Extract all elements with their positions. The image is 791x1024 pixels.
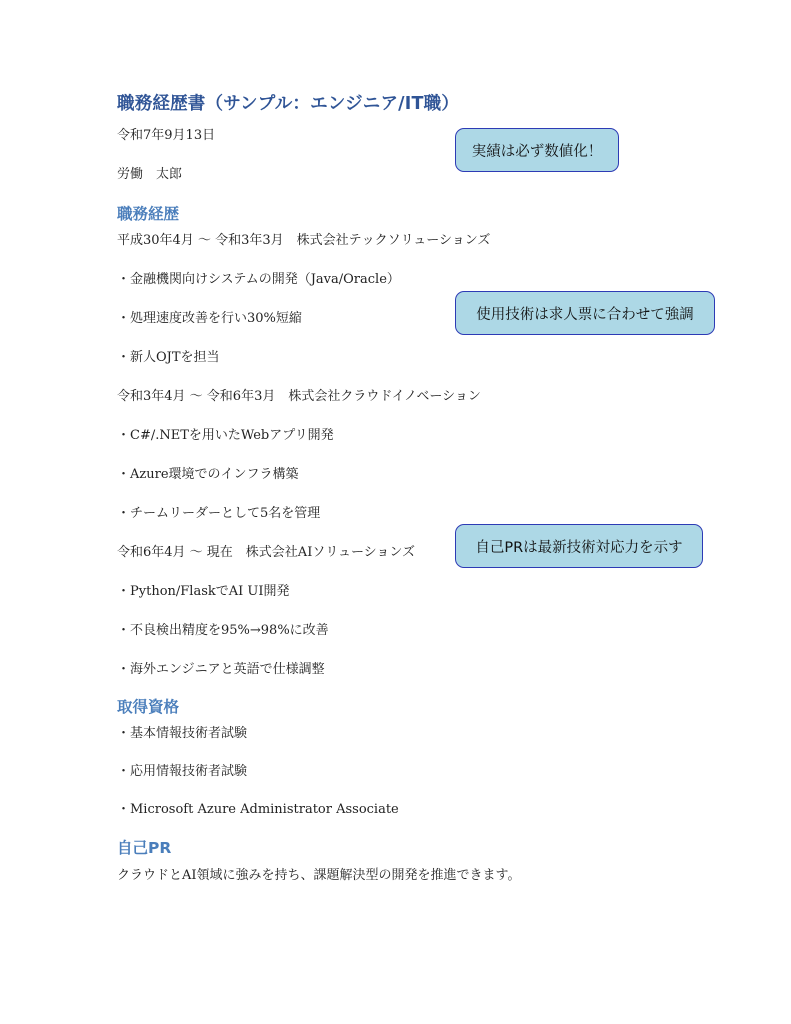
job-1-item-2: ・処理速度改善を行い30%短縮: [117, 307, 302, 326]
job-2-item-1: ・C#/.NETを用いたWebアプリ開発: [117, 424, 334, 443]
job-3-item-3: ・海外エンジニアと英語で仕様調整: [117, 658, 325, 677]
pr-text: クラウドとAI領域に強みを持ち、課題解決型の開発を推進できます。: [117, 864, 520, 883]
job-period-1: 平成30年4月 〜 令和3年3月 株式会社テックソリューションズ: [117, 229, 490, 248]
document-date: 令和7年9月13日: [117, 124, 215, 143]
callout-self-pr: 自己PRは最新技術対応力を示す: [455, 524, 703, 568]
job-period-2: 令和3年4月 〜 令和6年3月 株式会社クラウドイノベーション: [117, 385, 481, 404]
qualification-item-1: ・基本情報技術者試験: [117, 722, 247, 741]
career-heading: 職務経歴: [117, 202, 179, 224]
job-3-item-1: ・Python/FlaskでAI UI開発: [117, 580, 290, 599]
job-2-item-2: ・Azure環境でのインフラ構築: [117, 463, 299, 482]
resume-page: 職務経歴書（サンプル：エンジニア/IT職） 令和7年9月13日 労働 太郎 職務…: [0, 0, 791, 1024]
callout-text: 実績は必ず数値化！: [472, 140, 603, 161]
pr-heading: 自己PR: [117, 836, 171, 858]
job-period-3: 令和6年4月 〜 現在 株式会社AIソリューションズ: [117, 541, 415, 560]
job-1-item-3: ・新人OJTを担当: [117, 346, 220, 365]
document-title: 職務経歴書（サンプル：エンジニア/IT職）: [117, 90, 459, 115]
job-1-item-1: ・金融機関向けシステムの開発（Java/Oracle）: [117, 268, 400, 287]
callout-quantify-results: 実績は必ず数値化！: [455, 128, 619, 172]
job-2-item-3: ・チームリーダーとして5名を管理: [117, 502, 320, 521]
callout-text: 自己PRは最新技術対応力を示す: [475, 536, 682, 557]
callout-emphasize-tech: 使用技術は求人票に合わせて強調: [455, 291, 715, 335]
qualification-item-3: ・Microsoft Azure Administrator Associate: [117, 798, 399, 817]
callout-text: 使用技術は求人票に合わせて強調: [476, 303, 694, 324]
job-3-item-2: ・不良検出精度を95%→98%に改善: [117, 619, 329, 638]
applicant-name: 労働 太郎: [117, 163, 182, 182]
qualifications-heading: 取得資格: [117, 695, 179, 717]
qualification-item-2: ・応用情報技術者試験: [117, 760, 247, 779]
